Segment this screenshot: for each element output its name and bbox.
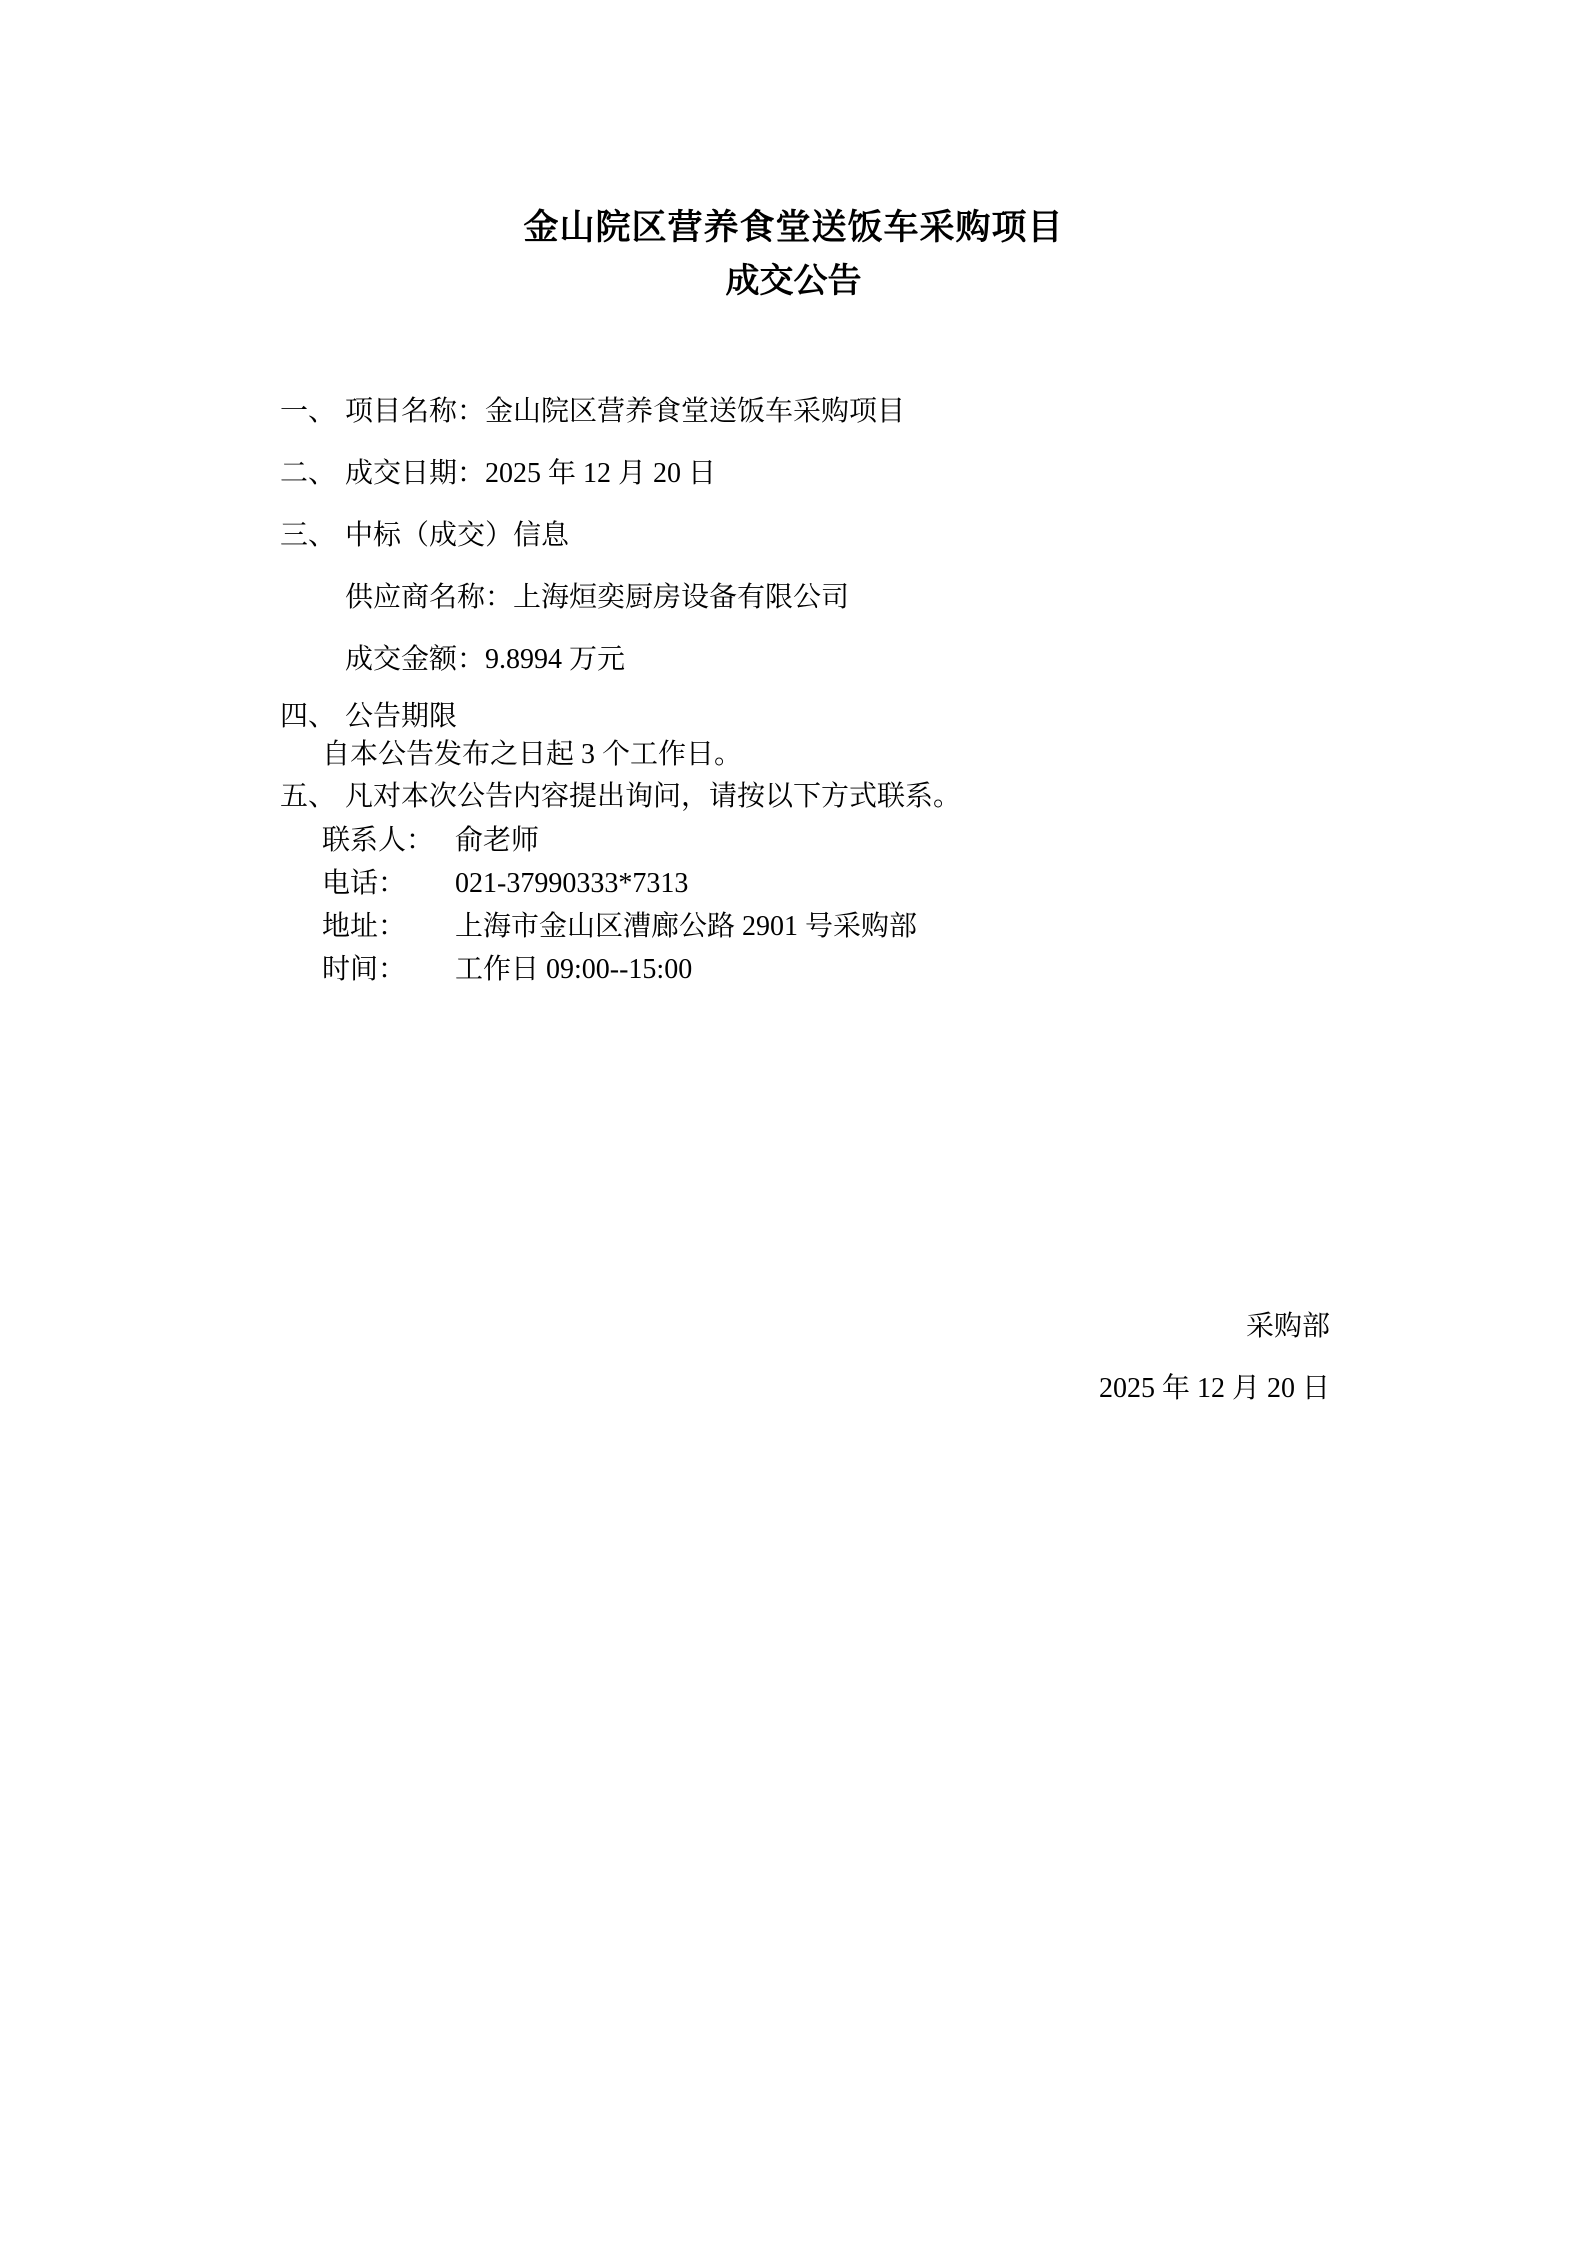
contact-value: 021-37990333*7313 [455, 868, 688, 899]
signature-date: 2025 年 12 月 20 日 [1099, 1373, 1330, 1405]
item-text: 中标（成交）信息 [345, 520, 569, 551]
contact-phone-line: 电话：021-37990333*7313 [322, 868, 688, 900]
contact-label: 时间： [322, 954, 455, 986]
notice-period-text: 自本公告发布之日起 3 个工作日。 [322, 739, 742, 771]
item-ordinal: 四、 [280, 701, 345, 733]
contact-hours-line: 时间：工作日 09:00--15:00 [322, 954, 692, 986]
item-award-date: 二、成交日期：2025 年 12 月 20 日 [280, 458, 716, 490]
document-title: 金山院区营养食堂送饭车采购项目 [0, 209, 1587, 247]
item-award-info: 三、中标（成交）信息 [280, 520, 569, 552]
contact-value: 上海市金山区漕廊公路 2901 号采购部 [455, 911, 917, 942]
item-inquiry: 五、凡对本次公告内容提出询问，请按以下方式联系。 [280, 781, 961, 813]
item-ordinal: 二、 [280, 458, 345, 490]
item-ordinal: 五、 [280, 781, 345, 813]
item-text: 凡对本次公告内容提出询问，请按以下方式联系。 [345, 781, 961, 812]
document-subtitle: 成交公告 [0, 264, 1587, 300]
contact-value: 俞老师 [455, 825, 539, 856]
award-amount-line: 成交金额：9.8994 万元 [345, 644, 625, 676]
contact-label: 地址： [322, 911, 455, 943]
supplier-name-line: 供应商名称：上海烜奕厨房设备有限公司 [345, 582, 849, 614]
item-text: 公告期限 [345, 701, 457, 732]
contact-value: 工作日 09:00--15:00 [455, 954, 692, 985]
item-notice-period: 四、公告期限 [280, 701, 457, 733]
contact-person-line: 联系人：俞老师 [322, 825, 539, 857]
document-page: 金山院区营养食堂送饭车采购项目 成交公告 一、项目名称：金山院区营养食堂送饭车采… [0, 0, 1587, 2245]
contact-address-line: 地址：上海市金山区漕廊公路 2901 号采购部 [322, 911, 917, 943]
item-ordinal: 一、 [280, 396, 345, 428]
contact-label: 电话： [322, 868, 455, 900]
contact-label: 联系人： [322, 825, 455, 857]
item-project-name: 一、项目名称：金山院区营养食堂送饭车采购项目 [280, 396, 905, 428]
item-ordinal: 三、 [280, 520, 345, 552]
item-text: 成交日期：2025 年 12 月 20 日 [345, 458, 716, 489]
item-text: 项目名称：金山院区营养食堂送饭车采购项目 [345, 396, 905, 427]
signature-department: 采购部 [1246, 1311, 1330, 1343]
